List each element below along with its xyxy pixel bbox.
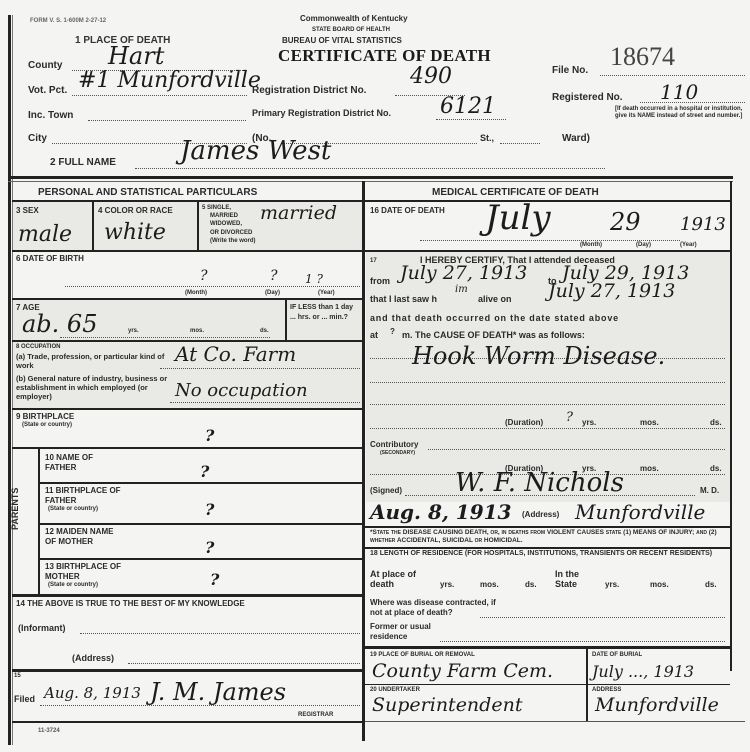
birthplace-value: ? bbox=[205, 426, 214, 445]
medical-section-title: MEDICAL CERTIFICATE OF DEATH bbox=[432, 187, 599, 198]
marital-label-2: MARRIED bbox=[210, 213, 238, 219]
parents-divider bbox=[38, 449, 40, 594]
cause-value: Hook Worm Disease. bbox=[412, 342, 665, 370]
last-saw-date: July 27, 1913 bbox=[548, 280, 675, 302]
residence-yrs-2: yrs. bbox=[605, 580, 619, 589]
last-saw-label: that I last saw h bbox=[370, 294, 437, 304]
occurred-text: and that death occurred on the date stat… bbox=[370, 313, 619, 323]
from-label: from bbox=[370, 276, 390, 286]
death-certificate: FORM V. S. 1-600M 2-27-12 Commonwealth o… bbox=[0, 0, 750, 752]
burial-divider bbox=[586, 649, 588, 721]
dob-month-label: (Month) bbox=[185, 290, 207, 296]
mother-birthplace-value: ? bbox=[210, 570, 219, 589]
row-divider-10 bbox=[12, 669, 362, 672]
inc-town-line bbox=[88, 120, 246, 121]
contributory-line bbox=[428, 449, 725, 450]
birthplace-sub: (State or country) bbox=[22, 422, 72, 428]
city-label: City bbox=[28, 133, 47, 144]
row-divider-5 bbox=[12, 447, 362, 449]
date-of-death-day: 29 bbox=[610, 208, 641, 236]
occupation-a-value: At Co. Farm bbox=[175, 342, 296, 366]
occupation-label: 8 OCCUPATION bbox=[16, 344, 60, 350]
filed-line bbox=[40, 705, 360, 706]
header-divider bbox=[8, 176, 733, 179]
race-divider bbox=[197, 202, 199, 250]
dob-month: ? bbox=[200, 268, 208, 284]
burial-date-label: DATE OF BURIAL bbox=[592, 652, 642, 658]
race-value: white bbox=[104, 220, 166, 245]
birthplace-label: 9 BIRTHPLACE bbox=[16, 412, 74, 421]
father-birthplace-sub: (State or country) bbox=[48, 506, 98, 512]
street-label: St., bbox=[480, 133, 494, 143]
dob-year: 1 ? bbox=[305, 272, 323, 286]
occupation-b-label: (b) General nature of industry, business… bbox=[16, 374, 181, 401]
duration2-mos-label: mos. bbox=[640, 464, 659, 473]
less-than-label: IF LESS than 1 day ... hrs. or ... min.? bbox=[290, 303, 358, 323]
filed-label: Filed bbox=[14, 694, 35, 704]
hospital-note: [If death occurred in a hospital or inst… bbox=[615, 106, 745, 120]
ward-line bbox=[500, 143, 540, 144]
ward-label: Ward) bbox=[562, 133, 590, 144]
burial-place-label: 19 PLACE OF BURIAL OR REMOVAL bbox=[370, 652, 475, 658]
physician-address: Munfordville bbox=[575, 500, 705, 524]
physician-signature: W. F. Nichols bbox=[455, 468, 624, 498]
county-value: Hart bbox=[108, 42, 164, 70]
undertaker: Superintendent bbox=[372, 694, 522, 716]
occupation-b-line bbox=[170, 402, 360, 403]
row-divider-4 bbox=[12, 408, 362, 410]
vot-pct-label: Vot. Pct. bbox=[28, 85, 67, 96]
undertaker-address-label: ADDRESS bbox=[592, 687, 621, 693]
date-of-death-label: 16 DATE OF DEATH bbox=[370, 206, 445, 215]
dob-day-label: (Day) bbox=[265, 290, 280, 296]
last-saw-pronoun: im bbox=[455, 284, 468, 295]
age-mos-label: mos. bbox=[190, 328, 204, 334]
registrar-label: REGISTRAR bbox=[298, 712, 333, 718]
contracted-line bbox=[480, 617, 725, 618]
informant-line bbox=[80, 633, 360, 634]
secondary-label: (SECONDARY) bbox=[380, 450, 415, 456]
bottom-divider-left bbox=[12, 721, 362, 723]
date-of-death-line bbox=[420, 240, 680, 241]
full-name-line bbox=[135, 168, 605, 169]
father-birthplace-value: ? bbox=[205, 500, 214, 519]
row-divider-7 bbox=[38, 523, 362, 525]
at-value: ? bbox=[390, 327, 395, 336]
mother-birthplace-label: 13 BIRTHPLACE OF MOTHER bbox=[45, 562, 125, 582]
residence-ds-1: ds. bbox=[525, 580, 537, 589]
parents-label: PARENTS bbox=[10, 488, 20, 530]
informant-address-line bbox=[128, 663, 360, 664]
age-yrs-label: yrs. bbox=[128, 328, 139, 334]
vot-pct-line bbox=[72, 95, 247, 96]
signed-label: (Signed) bbox=[370, 486, 402, 495]
marital-label-5: (Write the word) bbox=[210, 238, 256, 244]
undertaker-address: Munfordville bbox=[595, 694, 719, 716]
physician-address-label: (Address) bbox=[522, 510, 559, 519]
form-number: FORM V. S. 1-600M 2-27-12 bbox=[30, 18, 106, 24]
former-residence-label: Former or usual residence bbox=[370, 622, 440, 642]
informant-statement: 14 THE ABOVE IS TRUE TO THE BEST OF MY K… bbox=[16, 599, 245, 608]
signed-date: Aug. 8, 1913 bbox=[370, 500, 511, 524]
primary-registration-label: Primary Registration District No. bbox=[252, 108, 391, 118]
duration2-ds-label: ds. bbox=[710, 464, 722, 473]
registration-district-value: 490 bbox=[410, 64, 452, 89]
sex-value: male bbox=[18, 222, 72, 247]
marital-value: married bbox=[260, 202, 337, 224]
filed-number: 15 bbox=[14, 673, 21, 679]
residence-mos-1: mos. bbox=[480, 580, 499, 589]
vot-pct-value: #1 Munfordville bbox=[78, 68, 261, 93]
registration-district-label: Registration District No. bbox=[252, 85, 366, 96]
date-of-death-year: 1913 bbox=[680, 214, 726, 235]
duration-line bbox=[370, 428, 725, 429]
residence-mos-2: mos. bbox=[650, 580, 669, 589]
duration-mos-label: mos. bbox=[640, 418, 659, 427]
age-ds-label: ds. bbox=[260, 328, 269, 334]
registered-no-label: Registered No. bbox=[552, 92, 623, 103]
age-line bbox=[60, 337, 270, 338]
occupation-a-label: (a) Trade, profession, or particular kin… bbox=[16, 352, 166, 370]
row-divider-8 bbox=[38, 558, 362, 560]
dob-year-label: (Year) bbox=[318, 290, 335, 296]
at-place-label: At place of death bbox=[370, 569, 430, 589]
sex-divider bbox=[92, 202, 94, 250]
marital-label-3: WIDOWED, bbox=[210, 221, 242, 227]
bureau: BUREAU OF VITAL STATISTICS bbox=[282, 36, 402, 45]
md-label: M. D. bbox=[700, 486, 719, 495]
medical-divider-2 bbox=[365, 526, 730, 528]
cause-label: m. The CAUSE OF DEATH* was as follows: bbox=[402, 330, 585, 340]
personal-section-title: PERSONAL AND STATISTICAL PARTICULARS bbox=[38, 187, 257, 198]
father-name-label: 10 NAME OF FATHER bbox=[45, 453, 115, 473]
cause-line-3 bbox=[370, 404, 725, 405]
duration-yrs-value: ? bbox=[566, 410, 573, 425]
dob-day: ? bbox=[270, 268, 278, 284]
informant-address-label: (Address) bbox=[72, 653, 114, 663]
footer-code: 11-3724 bbox=[38, 728, 60, 734]
dod-month-label: (Month) bbox=[580, 242, 602, 248]
from-date: July 27, 1913 bbox=[400, 262, 527, 284]
commonwealth: Commonwealth of Kentucky bbox=[300, 14, 408, 23]
registered-no: 110 bbox=[660, 80, 698, 104]
full-name-value: James West bbox=[180, 136, 331, 166]
marital-label-1: 5 SINGLE, bbox=[202, 205, 231, 211]
father-name-value: ? bbox=[200, 462, 209, 481]
dob-line bbox=[65, 286, 360, 287]
burial-row-divider bbox=[365, 684, 730, 685]
residence-ds-2: ds. bbox=[705, 580, 717, 589]
file-no: 18674 bbox=[610, 42, 675, 72]
row-divider-9 bbox=[12, 594, 362, 597]
duration-yrs-label: yrs. bbox=[582, 418, 596, 427]
primary-registration-value: 6121 bbox=[440, 94, 496, 119]
race-label: 4 COLOR OR RACE bbox=[98, 206, 173, 215]
medical-divider-4 bbox=[365, 646, 730, 649]
file-no-label: File No. bbox=[552, 65, 588, 76]
primary-registration-line bbox=[436, 119, 506, 120]
header-divider-2 bbox=[8, 181, 733, 182]
inc-town-label: Inc. Town bbox=[28, 110, 73, 121]
dob-label: 6 DATE OF BIRTH bbox=[16, 254, 84, 263]
occupation-a-line bbox=[160, 368, 360, 369]
dod-year-label: (Year) bbox=[680, 242, 697, 248]
residence-yrs-1: yrs. bbox=[440, 580, 454, 589]
county-label: County bbox=[28, 60, 62, 71]
former-residence-line bbox=[440, 641, 725, 642]
cause-footnote: *State the DISEASE CAUSING DEATH, or, in… bbox=[370, 529, 728, 545]
at-label: at bbox=[370, 330, 378, 340]
mother-name-label: 12 MAIDEN NAME OF MOTHER bbox=[45, 527, 125, 547]
duration-ds-label: ds. bbox=[710, 418, 722, 427]
filed-date: Aug. 8, 1913 bbox=[44, 684, 141, 702]
contributory-label: Contributory bbox=[370, 440, 418, 449]
burial-date: July ..., 1913 bbox=[592, 662, 694, 681]
left-border bbox=[8, 15, 11, 745]
dod-day-label: (Day) bbox=[636, 242, 651, 248]
mother-birthplace-sub: (State or country) bbox=[48, 582, 98, 588]
mother-name-value: ? bbox=[205, 538, 214, 557]
state-board: STATE BOARD OF HEALTH bbox=[312, 27, 390, 33]
cause-line-2 bbox=[370, 382, 725, 383]
center-divider bbox=[362, 181, 365, 741]
marital-label-4: OR DIVORCED bbox=[210, 230, 252, 236]
right-border bbox=[730, 181, 732, 671]
sex-label: 3 SEX bbox=[16, 206, 39, 215]
full-name-label: 2 FULL NAME bbox=[50, 157, 116, 168]
registrar-signature: J. M. James bbox=[150, 678, 286, 706]
residence-label: 18 LENGTH OF RESIDENCE (FOR HOSPITALS, I… bbox=[370, 549, 728, 558]
certify-number: 17 bbox=[370, 258, 377, 264]
informant-label: (Informant) bbox=[18, 623, 66, 633]
undertaker-label: 20 UNDERTAKER bbox=[370, 687, 420, 693]
contracted-label: Where was disease contracted, if not at … bbox=[370, 598, 510, 618]
father-birthplace-label: 11 BIRTHPLACE OF FATHER bbox=[45, 486, 125, 506]
signed-line bbox=[405, 495, 695, 496]
in-state-label: In the State bbox=[555, 569, 595, 589]
burial-place: County Farm Cem. bbox=[372, 660, 553, 682]
row-divider-1 bbox=[12, 250, 362, 252]
date-of-death-month: July bbox=[485, 198, 551, 238]
occupation-b-value: No occupation bbox=[175, 380, 308, 401]
age-value: ab. 65 bbox=[22, 310, 97, 338]
file-no-line bbox=[600, 75, 745, 76]
row-divider-6 bbox=[38, 482, 362, 484]
bottom-divider-right bbox=[365, 721, 745, 722]
less-divider bbox=[285, 300, 287, 340]
duration-label: (Duration) bbox=[505, 418, 543, 427]
alive-on-label: alive on bbox=[478, 294, 512, 304]
page-title: CERTIFICATE OF DEATH bbox=[278, 46, 491, 66]
